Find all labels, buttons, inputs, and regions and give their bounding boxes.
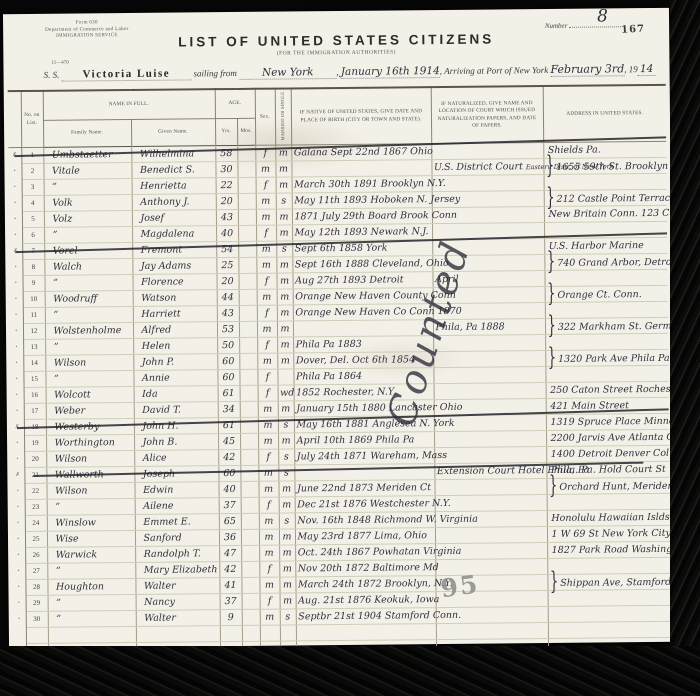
cell-address: 421 Main Street [546, 398, 669, 415]
cell-birthplace: January 15th 1880 Lancaster Ohio [294, 400, 434, 417]
cell-age-months [239, 322, 257, 338]
cell-margin-mark: • [12, 516, 25, 532]
cell-marital-status: m [277, 321, 293, 337]
cell-given-name: John B. [134, 434, 218, 451]
cell-sex: f [256, 177, 276, 193]
cell-sex: m [259, 577, 279, 593]
col-header-no: No. on List. [21, 91, 44, 148]
number-label: Number [545, 22, 568, 30]
cell-given-name: Joseph [134, 466, 218, 483]
cell-marital-status: s [279, 513, 295, 529]
cell-age-years: 54 [216, 242, 238, 258]
cell-sex: m [259, 529, 279, 545]
cell-age-months [239, 370, 257, 386]
cell-no: 30 [26, 612, 48, 628]
cell-age-years: 61 [218, 386, 240, 402]
cell-sex: m [256, 193, 276, 209]
cell-age-years: 40 [218, 482, 240, 498]
cell-given-name: Fremont [132, 242, 216, 259]
cell-no: 22 [24, 484, 46, 500]
cell-sex: m [256, 241, 276, 257]
cell-given-name: Walter [136, 610, 220, 627]
cell-address: }Shippan Ave, Stamford Conn. [547, 574, 670, 591]
cell-age-months [239, 354, 257, 370]
cell-naturalization [434, 431, 546, 448]
cell-naturalization [435, 495, 547, 512]
cell-birthplace [291, 160, 431, 177]
cell-given-name: Magdalena [132, 226, 216, 243]
col-header-address: ADDRESS IN UNITED STATES. [543, 85, 667, 143]
cell-given-name: Florence [132, 274, 216, 291]
cell-age-years: 60 [217, 370, 239, 386]
cell-address [548, 622, 671, 639]
cell-family-name: Wilson [45, 355, 133, 372]
cell-naturalization [433, 367, 545, 384]
cell-birthplace: Sept 16th 1888 Cleveland, Ohio [292, 256, 432, 273]
cell-address: }Orchard Hunt, Meriden Conn. [546, 478, 669, 495]
cell-birthplace: June 22nd 1873 Meriden Ct [294, 480, 434, 497]
cell-address: Shields Pa. [543, 142, 666, 159]
cell-given-name: David T. [134, 402, 218, 419]
cell-no: 19 [24, 436, 46, 452]
col-header-given-name: Given Name. [131, 118, 215, 147]
cell-address: U.S. Harbor Marine [544, 238, 667, 255]
col-header-married-single: MARRIED OR SINGLE. [275, 88, 292, 145]
cell-birthplace: March 30th 1891 Brooklyn N.Y. [292, 176, 432, 193]
cell-sex: f [256, 273, 276, 289]
cell-sex: m [258, 481, 278, 497]
cell-age-months [241, 530, 259, 546]
cell-marital-status: s [278, 449, 294, 465]
cell-age-years: 34 [218, 402, 240, 418]
cell-sex: f [260, 593, 280, 609]
cell-margin-mark: • [10, 340, 23, 356]
cell-birthplace [296, 624, 436, 641]
cell-birthplace: Phila Pa 1883 [293, 336, 433, 353]
cell-margin-mark: • [12, 548, 25, 564]
cell-sex: m [259, 545, 279, 561]
cell-naturalization [434, 479, 546, 496]
cell-birthplace: Aug. 21st 1876 Keokuk, Iowa [296, 592, 436, 609]
cell-birthplace: April 10th 1869 Phila Pa [294, 432, 434, 449]
cell-no: 9 [22, 276, 44, 292]
col-header-native-birth: IF NATIVE OF UNITED STATES, GIVE DATE AN… [291, 87, 432, 145]
cell-naturalization [432, 223, 544, 240]
cell-age-months [240, 402, 258, 418]
cell-age-years: 65 [219, 514, 241, 530]
cell-birthplace: Orange New Haven Co Conn 1870 [293, 304, 433, 321]
cell-margin-mark: • [10, 372, 23, 388]
cell-marital-status [280, 625, 296, 641]
cell-address: 1 W 69 St New York City [547, 526, 670, 543]
cell-age-months [238, 178, 256, 194]
arrival-year: 14 [638, 63, 656, 76]
cell-age-years: 43 [217, 306, 239, 322]
cell-given-name: John H. [134, 418, 218, 435]
form-stamp: Form 630 Department of Commerce and Labo… [45, 20, 129, 40]
cell-given-name: Benedict S. [131, 162, 215, 179]
cell-family-name: Umbstaetter [43, 147, 131, 164]
cell-marital-status [277, 369, 293, 385]
cell-given-name: Ida [134, 386, 218, 403]
cell-naturalization [434, 383, 546, 400]
cell-family-name: Wallworth [46, 467, 134, 484]
cell-family-name: Vorel [44, 243, 132, 260]
cell-no [26, 628, 48, 644]
cell-margin-mark: • [12, 580, 25, 596]
cell-family-name: Volz [44, 211, 132, 228]
sailing-date: January 16th 1914 [341, 65, 440, 79]
cell-age-months [241, 562, 259, 578]
cell-naturalization [435, 527, 547, 544]
cell-no: 26 [25, 548, 47, 564]
manifest-rows: ✗ 1 Umbstaetter Wilhelmina 58 f m Galana… [8, 142, 671, 660]
cell-margin-mark: • [8, 164, 21, 180]
cell-margin-mark: • [11, 484, 24, 500]
cell-family-name: ” [44, 179, 132, 196]
cell-age-months [238, 226, 256, 242]
cell-address [548, 590, 671, 607]
cell-age-years: 36 [219, 530, 241, 546]
cell-margin-mark: • [9, 228, 22, 244]
cell-age-months [238, 258, 256, 274]
cell-birthplace: Orange New Haven County Conn [293, 288, 433, 305]
cell-family-name: ” [48, 595, 136, 612]
cell-address [545, 302, 668, 319]
cell-address: 1319 Spruce Place MinneapolisMinn [546, 414, 669, 431]
cell-age-months [237, 162, 255, 178]
cell-margin-mark: • [9, 180, 22, 196]
cell-given-name: Henrietta [132, 178, 216, 195]
cell-age-months [238, 274, 256, 290]
cell-sex: m [257, 321, 277, 337]
cell-age-years: 53 [217, 322, 239, 338]
cell-address: }322 Markham St. GermantownPhila. Pa. [545, 318, 668, 335]
cell-family-name: Wilson [46, 451, 134, 468]
cell-given-name: Annie [133, 370, 217, 387]
cell-margin-mark: • [12, 500, 25, 516]
cell-marital-status: m [277, 353, 293, 369]
arrival-date: February 3rd [550, 62, 624, 77]
cell-sex: f [259, 497, 279, 513]
cell-no: 24 [25, 516, 47, 532]
cell-naturalization [433, 335, 545, 352]
cell-family-name: Weber [46, 403, 134, 420]
cell-family-name: Westerby [46, 419, 134, 436]
cell-marital-status: m [276, 225, 292, 241]
cell-address: 250 Caton Street Rochester. [546, 382, 669, 399]
cell-birthplace: May 11th 1893 Hoboken N. Jersey [292, 192, 432, 209]
cell-family-name: ” [45, 371, 133, 388]
page-number-stamp: 95 [439, 569, 481, 603]
cell-age-months [238, 242, 256, 258]
cell-family-name: Warwick [47, 547, 135, 564]
cell-age-years: 61 [218, 418, 240, 434]
cell-age-years: 20 [216, 274, 238, 290]
cell-address [545, 366, 668, 383]
col-header-mos: Mos. [237, 118, 255, 146]
cell-birthplace: Dover, Del. Oct 6th 1854 [293, 352, 433, 369]
cell-sex: m [257, 289, 277, 305]
cell-marital-status: wd [278, 385, 294, 401]
cell-birthplace: Galana Sept 22nd 1867 Ohio [291, 144, 431, 161]
cell-birthplace: March 24th 1872 Brooklyn, N.Y. [295, 576, 435, 593]
cell-address: }1655 59th St. Brooklyn N.Y. City [543, 158, 666, 175]
cell-address [548, 606, 671, 623]
cell-age-years: 30 [215, 162, 237, 178]
col-header-naturalized: IF NATURALIZED, GIVE NAME AND LOCATION O… [431, 86, 544, 144]
table-header: No. on List. NAME IN FULL. AGE. Sex. MAR… [8, 85, 667, 148]
table-wrap: No. on List. NAME IN FULL. AGE. Sex. MAR… [8, 84, 673, 661]
cell-age-months [242, 610, 260, 626]
cell-age-years: 9 [220, 610, 242, 626]
cell-margin-mark: • [13, 612, 26, 628]
cell-age-months [239, 290, 257, 306]
cell-no: 16 [24, 388, 46, 404]
cell-age-years: 44 [217, 290, 239, 306]
number-stamp: 167 [621, 24, 645, 36]
cell-address: Honolulu Hawaiian Islds [547, 510, 670, 527]
cell-margin-mark: ✗ [11, 420, 24, 436]
cell-margin-mark: • [9, 212, 22, 228]
cell-given-name: Helen [133, 338, 217, 355]
cell-margin-mark: • [13, 596, 26, 612]
cell-age-years: 45 [218, 434, 240, 450]
arriving-label: Arriving at Port of New York [444, 65, 548, 76]
brace-mark: } [548, 346, 557, 371]
cell-address: Phila. Pa. Hold Court St [546, 462, 669, 479]
cell-given-name [136, 626, 220, 643]
cell-margin-mark: • [9, 196, 22, 212]
cell-marital-status: s [278, 417, 294, 433]
cell-naturalization [436, 623, 548, 640]
cell-no: 13 [23, 340, 45, 356]
cell-address: New Britain Conn. 123 County St. [544, 206, 667, 223]
cell-age-months [242, 594, 260, 610]
cell-margin-mark: • [10, 292, 23, 308]
cell-given-name: John P. [133, 354, 217, 371]
brace-mark: } [547, 314, 556, 339]
cell-address: 1400 Detroit Denver Col [546, 446, 669, 463]
cell-age-months [240, 450, 258, 466]
cell-birthplace: Sept 6th 1858 York [292, 240, 432, 257]
cell-margin-mark: • [11, 404, 24, 420]
cell-age-years: 58 [215, 146, 237, 162]
number-line: 8 167 [569, 18, 621, 27]
cell-naturalization [432, 239, 544, 256]
cell-marital-status: m [276, 209, 292, 225]
cell-naturalization [432, 255, 544, 272]
cell-address [545, 334, 668, 351]
cell-margin-mark: • [11, 388, 24, 404]
cell-naturalization [434, 447, 546, 464]
port-of-departure: New York [239, 66, 336, 80]
cell-birthplace: July 24th 1871 Wareham, Mass [294, 448, 434, 465]
cell-sex: f [258, 385, 278, 401]
cell-sex: m [260, 609, 280, 625]
cell-family-name: Woodruff [45, 291, 133, 308]
cell-given-name: Nancy [136, 594, 220, 611]
cell-age-months [240, 434, 258, 450]
scan-edge-bottom [0, 646, 700, 696]
cell-naturalization [431, 143, 543, 160]
cell-given-name: Harriett [133, 306, 217, 323]
cell-no: 1 [21, 148, 43, 164]
cell-age-months [241, 498, 259, 514]
cell-family-name: Walch [44, 259, 132, 276]
cell-marital-status: m [280, 593, 296, 609]
cell-sex: f [257, 305, 277, 321]
cell-age-months [241, 546, 259, 562]
cell-sex: f [255, 145, 275, 161]
cell-no: 8 [22, 260, 44, 276]
cell-given-name: Jay Adams [132, 258, 216, 275]
brace-mark: } [547, 282, 556, 307]
cell-age-months [238, 194, 256, 210]
cell-given-name: Josef [132, 210, 216, 227]
cell-sex: m [255, 161, 275, 177]
cell-no: 10 [23, 292, 45, 308]
cell-margin-mark: ✗ [9, 244, 22, 260]
cell-family-name: Wolstenholme [45, 323, 133, 340]
ship-name: Victoria Luise [61, 67, 191, 81]
brace-mark: } [547, 250, 556, 275]
cell-address [547, 558, 670, 575]
cell-marital-status: m [277, 337, 293, 353]
cell-given-name: Walter [135, 578, 219, 595]
cell-family-name: Wilson [46, 483, 134, 500]
cell-no: 23 [25, 500, 47, 516]
cell-family-name: Wolcott [46, 387, 134, 404]
cell-no: 29 [26, 596, 48, 612]
col-header-family-name: Family Name. [43, 119, 131, 148]
cell-marital-status: m [276, 273, 292, 289]
cell-age-months [238, 210, 256, 226]
cell-no: 17 [24, 404, 46, 420]
brace-mark: } [546, 186, 555, 211]
cell-birthplace: May 23rd 1877 Lima, Ohio [295, 528, 435, 545]
cell-age-years: 47 [219, 546, 241, 562]
cell-given-name: Watson [133, 290, 217, 307]
cell-sex: m [256, 257, 276, 273]
cell-naturalization: Phila, Pa 1888 [433, 319, 545, 336]
cell-birthplace: 1852 Rochester, N.Y. [294, 384, 434, 401]
cell-age-years: 37 [219, 498, 241, 514]
cell-given-name: Sanford [135, 530, 219, 547]
cell-marital-status: m [279, 529, 295, 545]
cell-marital-status: m [277, 289, 293, 305]
cell-marital-status: m [278, 433, 294, 449]
cell-birthplace: Nov. 16th 1848 Richmond W. Virginia [295, 512, 435, 529]
cell-no: 15 [23, 372, 45, 388]
form-stamp-line3: IMMIGRATION SERVICE [45, 33, 129, 40]
cell-marital-status: m [275, 161, 291, 177]
cell-given-name: Emmet E. [135, 514, 219, 531]
cell-sex: f [259, 561, 279, 577]
cell-age-years: 40 [216, 226, 238, 242]
year-prefix: , 19 [624, 64, 638, 74]
cell-address: 2200 Jarvis Ave Atlanta Ga [546, 430, 669, 447]
cell-family-name: ” [45, 307, 133, 324]
col-header-yrs: Yrs. [215, 118, 237, 146]
cell-age-months [240, 418, 258, 434]
cell-birthplace [293, 320, 433, 337]
cell-naturalization: U.S. District CourtEastern Distr. of New… [431, 159, 543, 176]
cell-birthplace: Septbr 21st 1904 Stamford Conn. [296, 608, 436, 625]
cell-marital-status: s [276, 193, 292, 209]
cell-birthplace: Aug 27th 1893 Detroit [292, 272, 432, 289]
cell-margin-mark: • [11, 452, 24, 468]
cell-no: 20 [24, 452, 46, 468]
cell-marital-status: s [280, 609, 296, 625]
cell-address: }1320 Park Ave Phila Pa [545, 350, 668, 367]
cell-no: 11 [23, 308, 45, 324]
cell-given-name: Edwin [134, 482, 218, 499]
cell-age-months [241, 514, 259, 530]
cell-no: 3 [22, 180, 44, 196]
cell-naturalization: April [432, 271, 544, 288]
cell-age-months [240, 386, 258, 402]
cell-age-years: 20 [216, 194, 238, 210]
cell-family-name: Vitale [43, 163, 131, 180]
cell-address [544, 174, 667, 191]
cell-family-name: Winslow [47, 515, 135, 532]
cell-birthplace: Phila Pa 1864 [293, 368, 433, 385]
cell-family-name: ” [44, 275, 132, 292]
form-reference-number: 11—470 [51, 61, 68, 66]
cell-margin-mark: ✗ [8, 148, 21, 164]
scan-edge-right [670, 0, 700, 696]
cell-margin-mark: • [12, 532, 25, 548]
cell-no: 2 [21, 164, 43, 180]
cell-sex: m [259, 513, 279, 529]
cell-sex: m [256, 209, 276, 225]
cell-age-years: 42 [218, 450, 240, 466]
cell-age-months [239, 338, 257, 354]
cell-no: 12 [23, 324, 45, 340]
cell-address: 1827 Park Road Washington D.C. [547, 542, 670, 559]
scanned-manifest-page: Form 630 Department of Commerce and Labo… [0, 0, 700, 696]
cell-sex: m [257, 353, 277, 369]
cell-marital-status: m [279, 497, 295, 513]
cell-age-years: 50 [217, 338, 239, 354]
cell-no: 5 [22, 212, 44, 228]
cell-family-name: ” [45, 339, 133, 356]
cell-age-months [240, 466, 258, 482]
cell-age-months [241, 578, 259, 594]
cell-margin-mark: • [9, 260, 22, 276]
cell-naturalization: Extension Court Hotel Phila, Pa [434, 463, 546, 480]
cell-address [547, 494, 670, 511]
cell-no: 27 [25, 564, 47, 580]
cell-given-name: Wilhelmina [131, 146, 215, 163]
cell-sex: f [256, 225, 276, 241]
cell-marital-status: m [276, 257, 292, 273]
cell-address: }Orange Ct. Conn. [545, 286, 668, 303]
cell-no: 6 [22, 228, 44, 244]
cell-marital-status: m [276, 177, 292, 193]
cell-sex: f [257, 369, 277, 385]
cell-sex: m [258, 417, 278, 433]
cell-marital-status: m [278, 401, 294, 417]
cell-birthplace: May 12th 1893 Newark N.J. [292, 224, 432, 241]
voyage-line: S. S. Victoria Luise sailing from New Yo… [43, 62, 655, 82]
cell-birthplace: 1871 July 29th Board Brook Conn [292, 208, 432, 225]
cell-birthplace: Nov 20th 1872 Baltimore Md [295, 560, 435, 577]
brace-mark: } [550, 570, 559, 595]
ss-label: S. S. [44, 70, 60, 80]
cell-birthplace [294, 464, 434, 481]
